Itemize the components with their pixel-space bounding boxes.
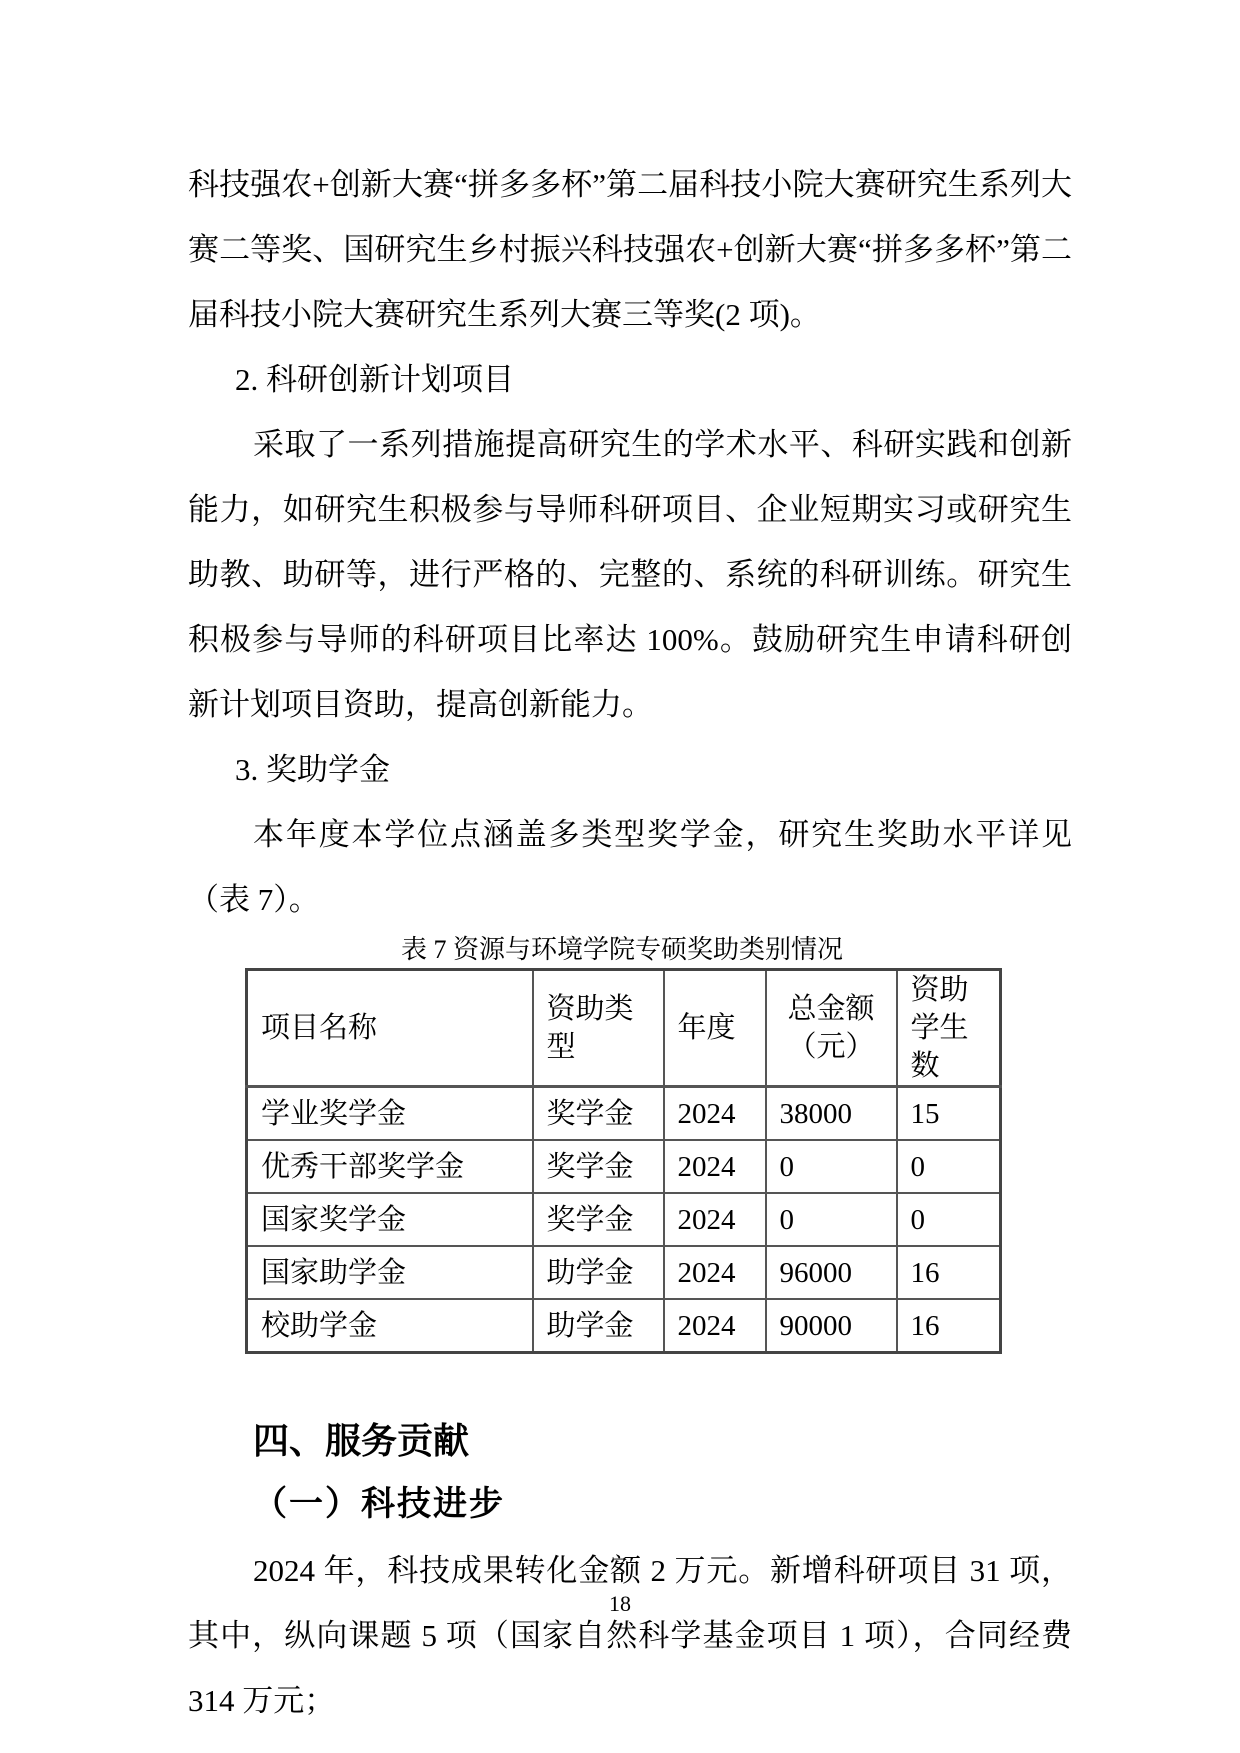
table-cell: 校助学金 <box>247 1299 533 1353</box>
column-header-year: 年度 <box>664 970 766 1087</box>
table-cell: 0 <box>897 1193 1001 1246</box>
table-cell: 学业奖学金 <box>247 1087 533 1141</box>
table-cell: 0 <box>766 1140 897 1193</box>
table-cell: 2024 <box>664 1246 766 1299</box>
page-body: 科技强农+创新大赛“拼多多杯”第二届科技小院大赛研究生系列大赛二等奖、国研究生乡… <box>188 152 1072 1733</box>
table-cell: 奖学金 <box>533 1140 664 1193</box>
table-cell: 0 <box>766 1193 897 1246</box>
paragraph-scholarship-intro: 本年度本学位点涵盖多类型奖学金，研究生奖助水平详见（表 7）。 <box>188 802 1072 932</box>
page-number: 18 <box>609 1591 631 1616</box>
table-cell: 国家助学金 <box>247 1246 533 1299</box>
table-cell: 奖学金 <box>533 1193 664 1246</box>
table-row: 学业奖学金 奖学金 2024 38000 15 <box>247 1087 1001 1141</box>
table-cell: 2024 <box>664 1140 766 1193</box>
table-cell: 90000 <box>766 1299 897 1353</box>
table-cell: 2024 <box>664 1193 766 1246</box>
table-cell: 2024 <box>664 1299 766 1353</box>
table-cell: 奖学金 <box>533 1087 664 1141</box>
table-cell: 优秀干部奖学金 <box>247 1140 533 1193</box>
table-cell: 16 <box>897 1246 1001 1299</box>
paragraph-tech-progress: 2024 年，科技成果转化金额 2 万元。新增科研项目 31 项，其中，纵向课题… <box>188 1538 1072 1733</box>
item-heading-research-innovation: 2. 科研创新计划项目 <box>188 347 1072 412</box>
scholarship-table: 项目名称 资助类型 年度 总金额（元） 资助学生数 学业奖学金 奖学金 2024… <box>245 968 1002 1354</box>
column-header-total-amount: 总金额（元） <box>766 970 897 1087</box>
table-row: 优秀干部奖学金 奖学金 2024 0 0 <box>247 1140 1001 1193</box>
table-cell: 2024 <box>664 1087 766 1141</box>
table-cell: 38000 <box>766 1087 897 1141</box>
item-heading-scholarship: 3. 奖助学金 <box>188 737 1072 802</box>
section-heading-service-contribution: 四、服务贡献 <box>253 1416 1072 1466</box>
document-page: 科技强农+创新大赛“拼多多杯”第二届科技小院大赛研究生系列大赛二等奖、国研究生乡… <box>0 0 1240 1753</box>
scholarship-table-section: 表 7 资源与环境学院专硕奖助类别情况 项目名称 资助类型 年度 总金额（元） <box>245 932 999 1354</box>
column-header-funding-type: 资助类型 <box>533 970 664 1087</box>
table-cell: 96000 <box>766 1246 897 1299</box>
table-cell: 助学金 <box>533 1246 664 1299</box>
table-cell: 国家奖学金 <box>247 1193 533 1246</box>
paragraph-award-continuation: 科技强农+创新大赛“拼多多杯”第二届科技小院大赛研究生系列大赛二等奖、国研究生乡… <box>188 152 1072 347</box>
table-cell: 0 <box>897 1140 1001 1193</box>
table-row: 国家奖学金 奖学金 2024 0 0 <box>247 1193 1001 1246</box>
column-header-student-count: 资助学生数 <box>897 970 1001 1087</box>
column-header-project-name: 项目名称 <box>247 970 533 1087</box>
table-cell: 15 <box>897 1087 1001 1141</box>
table-cell: 16 <box>897 1299 1001 1353</box>
table-header-row: 项目名称 资助类型 年度 总金额（元） 资助学生数 <box>247 970 1001 1087</box>
paragraph-research-innovation: 采取了一系列措施提高研究生的学术水平、科研实践和创新能力，如研究生积极参与导师科… <box>188 412 1072 737</box>
table-row: 校助学金 助学金 2024 90000 16 <box>247 1299 1001 1353</box>
table-caption: 表 7 资源与环境学院专硕奖助类别情况 <box>245 932 999 968</box>
subsection-heading-tech-progress: （一）科技进步 <box>253 1480 1072 1530</box>
table-row: 国家助学金 助学金 2024 96000 16 <box>247 1246 1001 1299</box>
page-footer: 18 <box>0 1590 1240 1618</box>
table-cell: 助学金 <box>533 1299 664 1353</box>
